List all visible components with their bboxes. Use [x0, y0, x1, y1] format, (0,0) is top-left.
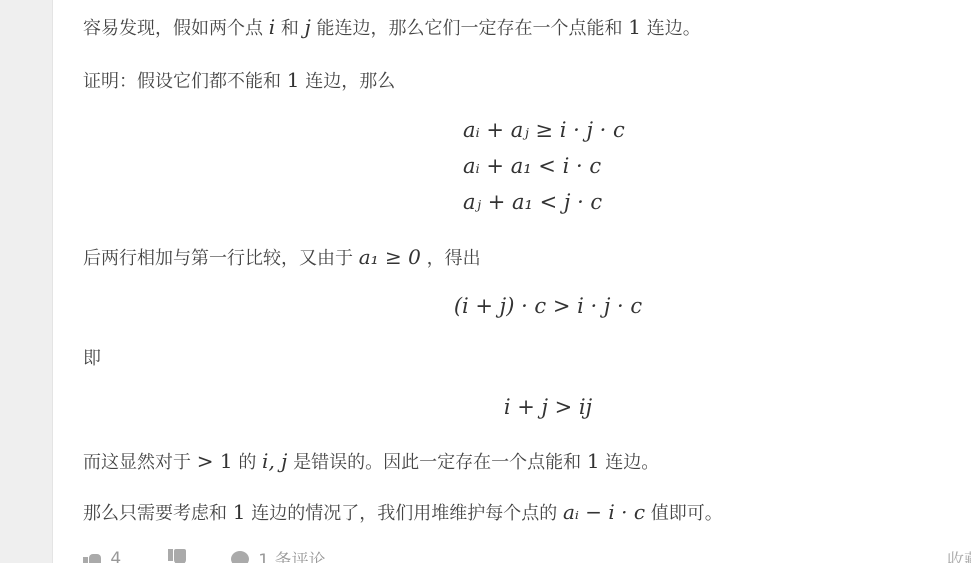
text: 连边的情况了，我们用堆维护每个点的 [251, 503, 557, 524]
like-count: 4 [110, 549, 121, 563]
text: 连边。 [647, 18, 701, 39]
comment-count: 1 条评论 [258, 546, 325, 563]
thumbs-down-icon [168, 551, 186, 563]
text: 和 [281, 18, 299, 39]
text: 而这显然对于 [83, 452, 191, 473]
paragraph-4: 即 [83, 346, 101, 372]
math-inline: > 1 [197, 449, 233, 473]
comment-button[interactable]: 1 条评论 [231, 546, 326, 563]
math-inline: i, j [262, 449, 287, 473]
text: 是错误的。因此一定存在一个点能和 [293, 452, 581, 473]
text: 容易发现，假如两个点 [83, 18, 263, 39]
left-sidebar [0, 0, 53, 563]
math-j: j [305, 15, 311, 39]
paragraph-1: 容易发现，假如两个点 i 和 j 能连边，那么它们一定存在一个点能和 1 连边。 [83, 14, 701, 42]
text: 连边。 [605, 452, 659, 473]
equation-2: (i + j) · c > i · j · c [0, 294, 971, 318]
dislike-button[interactable] [168, 549, 190, 563]
paragraph-5: 而这显然对于 > 1 的 i, j 是错误的。因此一定存在一个点能和 1 连边。 [83, 448, 659, 476]
text: 的 [238, 452, 256, 473]
text: 值即可。 [651, 503, 723, 524]
paragraph-3: 后两行相加与第一行比较，又由于 a₁ ≥ 0 ，得出 [83, 244, 481, 272]
math-one: 1 [628, 15, 641, 39]
math-one: 1 [233, 500, 246, 524]
math-inline: a₁ ≥ 0 [359, 245, 421, 269]
text: 后两行相加与第一行比较，又由于 [83, 248, 353, 269]
text: 连边，那么 [305, 71, 395, 92]
text: 能连边，那么它们一定存在一个点能和 [317, 18, 623, 39]
favorite-button[interactable]: 收藏 [947, 546, 971, 563]
equation-line: aⱼ + a₁ < j · c [463, 184, 625, 220]
paragraph-6: 那么只需要考虑和 1 连边的情况了，我们用堆维护每个点的 aᵢ − i · c … [83, 499, 723, 527]
thumbs-up-icon [83, 551, 101, 563]
equation-line: aᵢ + aⱼ ≥ i · j · c [463, 112, 625, 148]
equation-3: i + j > ij [0, 395, 971, 419]
text: ，得出 [427, 248, 481, 269]
math-i: i [269, 15, 275, 39]
math-one: 1 [587, 449, 600, 473]
text: 那么只需要考虑和 [83, 503, 227, 524]
text: 证明：假设它们都不能和 [83, 71, 281, 92]
math-inline: aᵢ − i · c [563, 500, 645, 524]
equation-system: aᵢ + aⱼ ≥ i · j · c aᵢ + a₁ < i · c aⱼ +… [463, 112, 625, 220]
math-one: 1 [287, 68, 300, 92]
like-button[interactable]: 4 [83, 549, 121, 563]
equation-line: aᵢ + a₁ < i · c [463, 148, 625, 184]
comment-bubble-icon [231, 551, 249, 563]
article-actions: 4 1 条评论 [83, 546, 326, 563]
paragraph-2: 证明：假设它们都不能和 1 连边，那么 [83, 67, 395, 95]
